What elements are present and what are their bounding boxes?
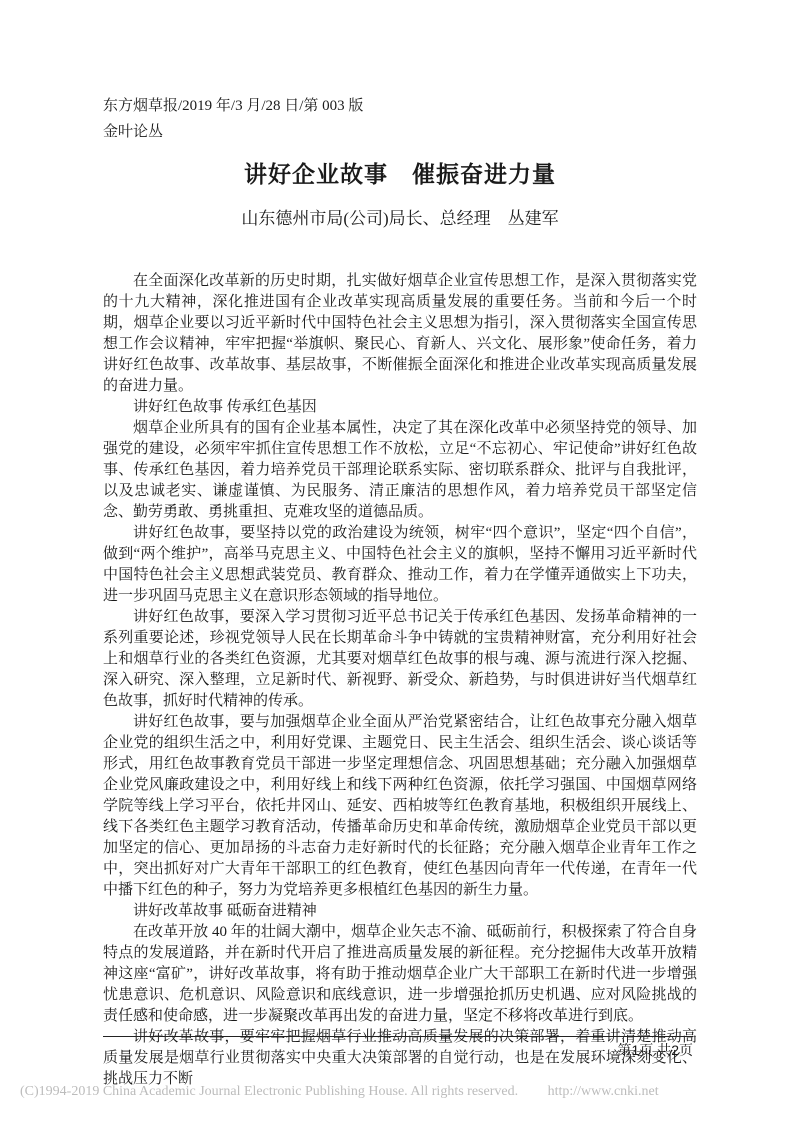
document-page: 东方烟草报/2019 年/3 月/28 日/第 003 版 金叶论丛 讲好企业故… [0,0,793,1122]
article-byline: 山东德州市局(公司)局长、总经理 丛建军 [103,207,697,231]
article-title: 讲好企业故事 催振奋进力量 [103,159,697,191]
body-paragraph: 在改革开放 40 年的壮阔大潮中，烟草企业矢志不渝、砥砺前行，积极探索了符合自身… [103,922,697,1027]
page-indicator: 第1页 共2页 [103,1041,693,1059]
source-line: 东方烟草报/2019 年/3 月/28 日/第 003 版 [103,93,697,119]
section-heading: 讲好红色故事 传承红色基因 [103,397,697,418]
section-heading: 讲好改革故事 砥砺奋进精神 [103,901,697,922]
page-content: 东方烟草报/2019 年/3 月/28 日/第 003 版 金叶论丛 讲好企业故… [0,0,793,1090]
body-paragraph: 烟草企业所具有的国有企业基本属性，决定了其在深化改革中必须坚持党的领导、加强党的… [103,418,697,523]
cnki-url: http://www.cnki.net [548,1084,659,1099]
body-paragraph: 讲好红色故事，要与加强烟草企业全面从严治党紧密结合，让红色故事充分融入烟草企业党… [103,712,697,901]
body-paragraph: 讲好红色故事，要坚持以党的政治建设为统领，树牢“四个意识”，坚定“四个自信”，做… [103,523,697,607]
body-paragraph: 在全面深化改革新的历史时期，扎实做好烟草企业宣传思想工作，是深入贯彻落实党的十九… [103,271,697,397]
page-footer: 第1页 共2页 [103,1036,693,1059]
article-body: 在全面深化改革新的历史时期，扎实做好烟草企业宣传思想工作，是深入贯彻落实党的十九… [103,271,697,1090]
column-name: 金叶论丛 [103,119,697,145]
document-header: 东方烟草报/2019 年/3 月/28 日/第 003 版 金叶论丛 [103,93,697,145]
body-paragraph: 讲好红色故事，要深入学习贯彻习近平总书记关于传承红色基因、发扬革命精神的一系列重… [103,607,697,712]
copyright-text: (C)1994-2019 China Academic Journal Elec… [20,1084,518,1099]
footer-divider [103,1036,693,1037]
copyright-watermark: (C)1994-2019 China Academic Journal Elec… [20,1083,659,1101]
